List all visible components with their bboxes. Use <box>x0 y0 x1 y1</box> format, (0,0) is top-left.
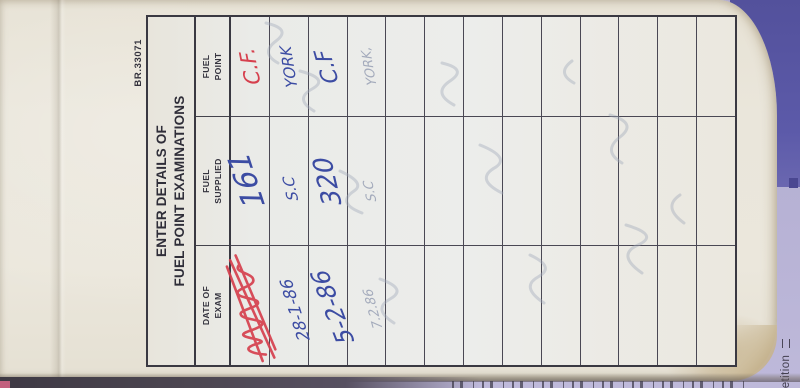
cell-date <box>619 245 657 365</box>
column-header-fuel-supplied: FUEL SUPPLIED <box>196 116 229 245</box>
cell-fuel-supplied <box>619 116 657 245</box>
cell-fuel-point <box>697 17 735 116</box>
cell-date <box>503 245 541 365</box>
cell-fuel-supplied: 161 <box>231 116 269 245</box>
cell-fuel-supplied <box>464 116 502 245</box>
cell-date: 7.2.86 <box>348 245 386 365</box>
cell-fuel-point: YORK, <box>348 17 386 116</box>
cell-date <box>231 245 269 365</box>
underlay-pink-mark <box>0 381 10 388</box>
cell-date <box>542 245 580 365</box>
cell-fuel-point: C.F <box>309 17 347 116</box>
table-row <box>464 17 503 365</box>
cell-fuel-supplied: 320 <box>309 116 347 245</box>
cell-fuel-supplied <box>697 116 735 245</box>
column-header-fuel-point: FUEL POINT <box>196 17 229 116</box>
cell-date <box>425 245 463 365</box>
dark-underlay-strip <box>0 377 480 388</box>
cover-text-dashes <box>782 339 790 348</box>
table-row <box>386 17 425 365</box>
table-row <box>542 17 581 365</box>
cell-date <box>386 245 424 365</box>
underlay-text-glyphs <box>452 381 748 388</box>
cell-fuel-point <box>386 17 424 116</box>
cell-date: 5-2-86 <box>309 245 347 365</box>
cell-fuel-supplied <box>503 116 541 245</box>
cell-fuel-supplied <box>658 116 696 245</box>
table-row: 5-2-86320C.F <box>309 17 348 365</box>
handwritten-fuel-supplied: 320 <box>307 155 348 207</box>
cover-text-label: petition <box>780 355 792 388</box>
form-title-line2: FUEL POINT EXAMINATIONS <box>171 96 189 287</box>
cell-fuel-point <box>581 17 619 116</box>
cell-fuel-point <box>658 17 696 116</box>
table-row <box>619 17 658 365</box>
handwritten-fuel-supplied: S.C <box>361 180 381 202</box>
form-portrait: BR.33071 ENTER DETAILS OF FUEL POINT EXA… <box>133 15 737 367</box>
cell-fuel-supplied <box>386 116 424 245</box>
cell-fuel-supplied <box>581 116 619 245</box>
table-row <box>425 17 464 365</box>
cell-date <box>464 245 502 365</box>
handwritten-fuel-point: YORK, <box>358 47 380 87</box>
form-rows: 161C.F.28-1-86S.CYORK5-2-86320C.F7.2.86S… <box>231 17 735 365</box>
cell-fuel-point <box>425 17 463 116</box>
table-row: 28-1-86S.CYORK <box>270 17 309 365</box>
cell-fuel-point: C.F. <box>231 17 269 116</box>
handwritten-fuel-point: C.F. <box>234 47 265 86</box>
handwritten-fuel-supplied: S.C <box>279 176 302 201</box>
page-crease <box>50 0 66 381</box>
form-title: ENTER DETAILS OF FUEL POINT EXAMINATIONS <box>148 17 196 365</box>
table-row <box>581 17 620 365</box>
handwritten-fuel-point: YORK <box>276 45 301 88</box>
fuel-exam-table: ENTER DETAILS OF FUEL POINT EXAMINATIONS… <box>146 15 737 367</box>
table-row <box>503 17 542 365</box>
table-row <box>658 17 697 365</box>
form-title-line1: ENTER DETAILS OF <box>153 125 171 257</box>
cover-edge-mark <box>789 178 798 188</box>
cell-fuel-supplied <box>425 116 463 245</box>
cell-fuel-point <box>464 17 502 116</box>
cell-fuel-point <box>619 17 657 116</box>
handwritten-fuel-point: C.F <box>310 47 344 85</box>
fuel-exam-form-page: BR.33071 ENTER DETAILS OF FUEL POINT EXA… <box>0 0 777 381</box>
table-row <box>697 17 735 365</box>
cell-fuel-point: YORK <box>270 17 308 116</box>
cell-date <box>658 245 696 365</box>
rotated-form-area: BR.33071 ENTER DETAILS OF FUEL POINT EXA… <box>133 15 737 367</box>
cell-date <box>697 245 735 365</box>
cell-fuel-supplied: S.C <box>270 116 308 245</box>
table-row: 7.2.86S.CYORK, <box>348 17 387 365</box>
table-header-row: DATE OF EXAM FUEL SUPPLIED FUEL POINT <box>196 17 231 365</box>
scanned-page: petition BR.33071 ENTER DETAILS OF FUEL … <box>0 0 800 388</box>
cell-fuel-point <box>503 17 541 116</box>
handwritten-date: 7.2.86 <box>361 288 387 329</box>
cell-fuel-supplied: S.C <box>348 116 386 245</box>
table-row: 161C.F. <box>231 17 270 365</box>
cell-date <box>581 245 619 365</box>
cell-fuel-supplied <box>542 116 580 245</box>
cell-fuel-point <box>542 17 580 116</box>
form-number: BR.33071 <box>133 39 144 87</box>
